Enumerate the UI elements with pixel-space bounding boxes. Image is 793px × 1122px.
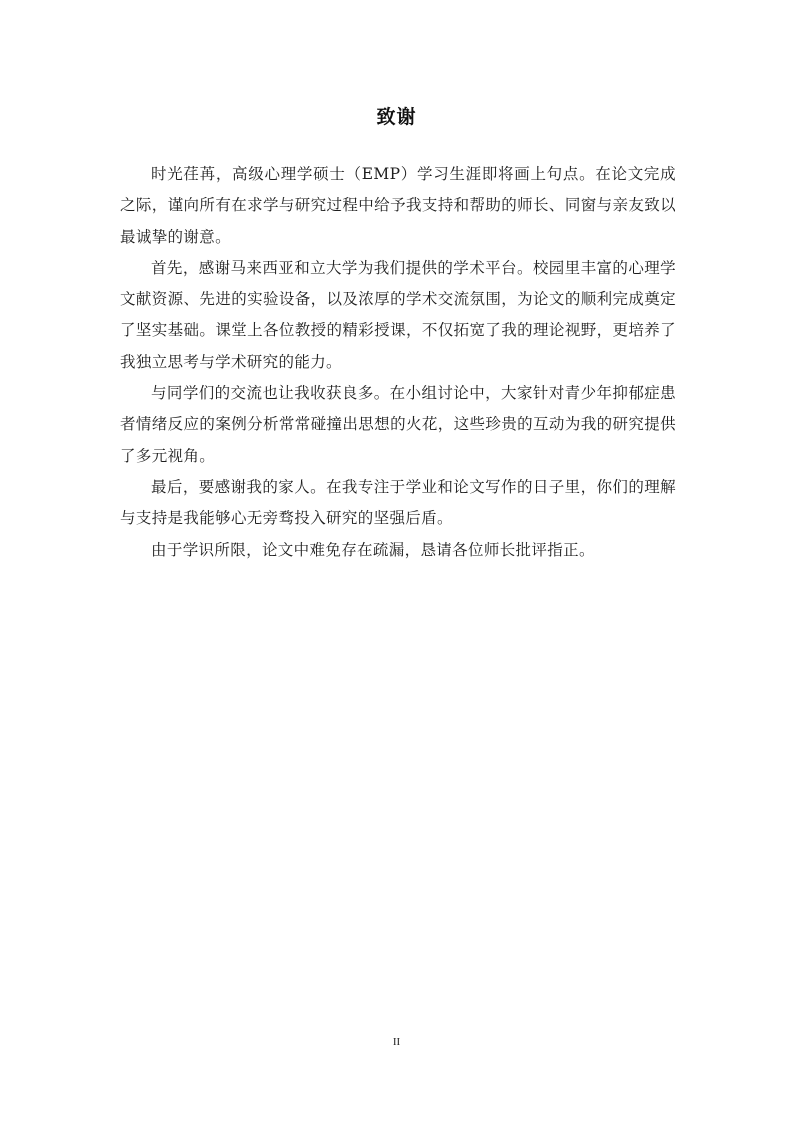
page-title: 致谢 <box>0 103 793 131</box>
document-page: 致谢 时光荏苒，高级心理学硕士（EMP）学习生涯即将画上句点。在论文完成之际，谨… <box>0 0 793 1122</box>
paragraph-university: 首先，感谢马来西亚和立大学为我们提供的学术平台。校园里丰富的心理学文献资源、先进… <box>120 253 676 378</box>
page-number: II <box>0 1035 793 1049</box>
paragraph-closing: 由于学识所限，论文中难免存在疏漏，恳请各位师长批评指正。 <box>120 535 676 566</box>
paragraph-intro: 时光荏苒，高级心理学硕士（EMP）学习生涯即将画上句点。在论文完成之际，谨向所有… <box>120 159 676 253</box>
paragraph-classmates: 与同学们的交流也让我收获良多。在小组讨论中，大家针对青少年抑郁症患者情绪反应的案… <box>120 378 676 472</box>
acknowledgement-body: 时光荏苒，高级心理学硕士（EMP）学习生涯即将画上句点。在论文完成之际，谨向所有… <box>120 159 676 566</box>
paragraph-family: 最后，要感谢我的家人。在我专注于学业和论文写作的日子里，你们的理解与支持是我能够… <box>120 472 676 535</box>
